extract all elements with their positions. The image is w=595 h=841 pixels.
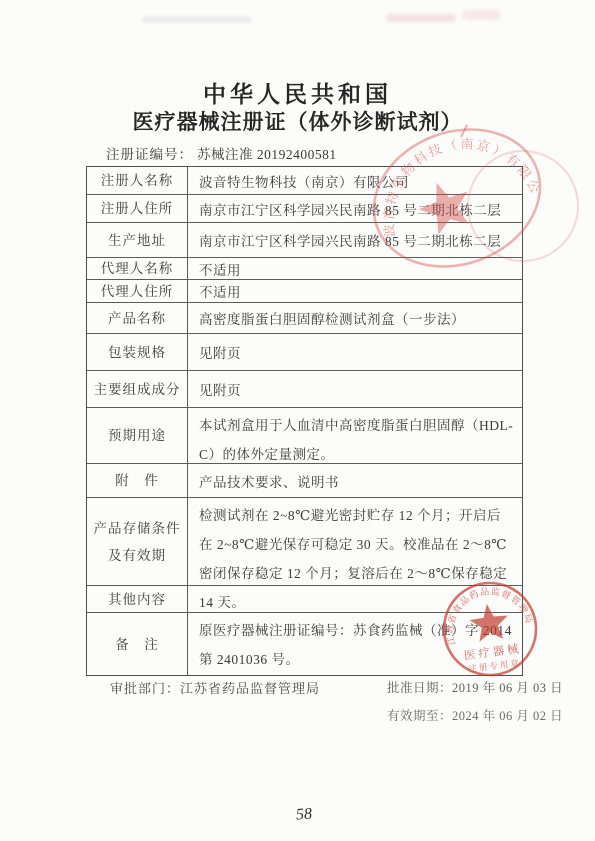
row-value: 见附页 [188,371,522,407]
table-row: 代理人名称 不适用 [87,257,522,279]
row-value-text: 见附页 [199,379,241,399]
row-value: 南京市江宁区科学园兴民南路 85 号二期北栋二层 [188,223,522,257]
certificate-page: 中华人民共和国 医疗器械注册证（体外诊断试剂） 注册证编号：苏械注准 20192… [0,0,595,841]
row-label: 代理人名称 [87,258,188,279]
row-value: 不适用 [188,280,522,302]
scan-smudge [462,10,500,20]
row-value-text: 不适用 [199,281,241,301]
row-value: 高密度脂蛋白胆固醇检测试剂盒（一步法） [188,303,522,333]
row-value-text: 原医疗器械注册证编号：苏食药监械（准）字 2014 第 2401036 号。 [199,613,514,674]
certificate-table: 注册人名称 波音特生物科技（南京）有限公司 注册人住所 南京市江宁区科学园兴民南… [86,166,523,676]
table-row: 主要组成成分 见附页 [87,370,522,407]
row-value-text: 波音特生物科技（南京）有限公司 [199,171,409,191]
registration-number-line: 注册证编号：苏械注准 20192400581 [106,143,337,163]
table-row: 其他内容 [87,585,522,612]
valid-until-date: 有效期至：2024 年 06 月 02 日 [387,706,563,724]
table-row: 包装规格 见附页 [87,333,522,370]
row-value-text: 南京市江宁区科学园兴民南路 85 号二期北栋二层 [199,199,501,219]
row-value-text: 见附页 [199,342,241,362]
row-label: 产品存储条件及有效期 [87,498,188,585]
table-row: 注册人住所 南京市江宁区科学园兴民南路 85 号二期北栋二层 [87,194,522,222]
row-value-text: 本试剂盒用于人血清中高密度脂蛋白胆固醇（HDL-C）的体外定量测定。 [199,408,514,469]
table-row: 预期用途 本试剂盒用于人血清中高密度脂蛋白胆固醇（HDL-C）的体外定量测定。 [87,407,522,463]
row-label: 包装规格 [87,334,188,370]
row-value-text: 不适用 [199,259,241,279]
row-label: 备 注 [87,613,188,675]
row-value: 本试剂盒用于人血清中高密度脂蛋白胆固醇（HDL-C）的体外定量测定。 [188,408,522,463]
registration-number-label: 注册证编号： [106,147,193,162]
row-value: 产品技术要求、说明书 [188,464,522,497]
row-label: 附 件 [87,464,188,497]
table-row: 附 件 产品技术要求、说明书 [87,463,522,497]
row-label: 生产地址 [87,223,188,257]
table-row: 产品名称 高密度脂蛋白胆固醇检测试剂盒（一步法） [87,302,522,333]
row-label: 预期用途 [87,408,188,463]
table-row: 注册人名称 波音特生物科技（南京）有限公司 [87,167,522,194]
table-row: 生产地址 南京市江宁区科学园兴民南路 85 号二期北栋二层 [87,222,522,257]
row-value: 见附页 [188,334,522,370]
row-label: 其他内容 [87,586,188,612]
row-label: 产品名称 [87,303,188,333]
row-value-text: 南京市江宁区科学园兴民南路 85 号二期北栋二层 [199,230,501,250]
document-title-certificate: 医疗器械注册证（体外诊断试剂） [0,106,595,136]
row-label: 主要组成成分 [87,371,188,407]
row-label: 代理人住所 [87,280,188,302]
registration-number-value: 苏械注准 20192400581 [197,147,337,162]
document-title-country: 中华人民共和国 [0,76,595,109]
scan-smudge [386,14,456,22]
row-value: 南京市江宁区科学园兴民南路 85 号二期北栋二层 [188,195,522,222]
row-label: 注册人名称 [87,167,188,194]
row-value: 不适用 [188,258,522,279]
approval-date: 批准日期：2019 年 06 月 03 日 [387,678,563,696]
row-value-text: 产品技术要求、说明书 [199,471,339,491]
table-row: 代理人住所 不适用 [87,279,522,302]
scan-smudge [142,16,252,23]
page-number: 58 [295,805,313,824]
table-row: 产品存储条件及有效期 检测试剂在 2~8℃避光密封贮存 12 个月；开启后在 2… [87,497,522,585]
row-value [188,586,522,612]
row-value: 波音特生物科技（南京）有限公司 [188,167,522,194]
table-row: 备 注 原医疗器械注册证编号：苏食药监械（准）字 2014 第 2401036 … [87,612,522,675]
row-label: 注册人住所 [87,195,188,222]
row-value: 检测试剂在 2~8℃避光密封贮存 12 个月；开启后在 2~8℃避光保存可稳定 … [188,498,522,585]
approval-department: 审批部门：江苏省药品监督管理局 [110,678,320,697]
row-value-text: 高密度脂蛋白胆固醇检测试剂盒（一步法） [199,308,465,328]
row-value: 原医疗器械注册证编号：苏食药监械（准）字 2014 第 2401036 号。 [188,613,522,675]
